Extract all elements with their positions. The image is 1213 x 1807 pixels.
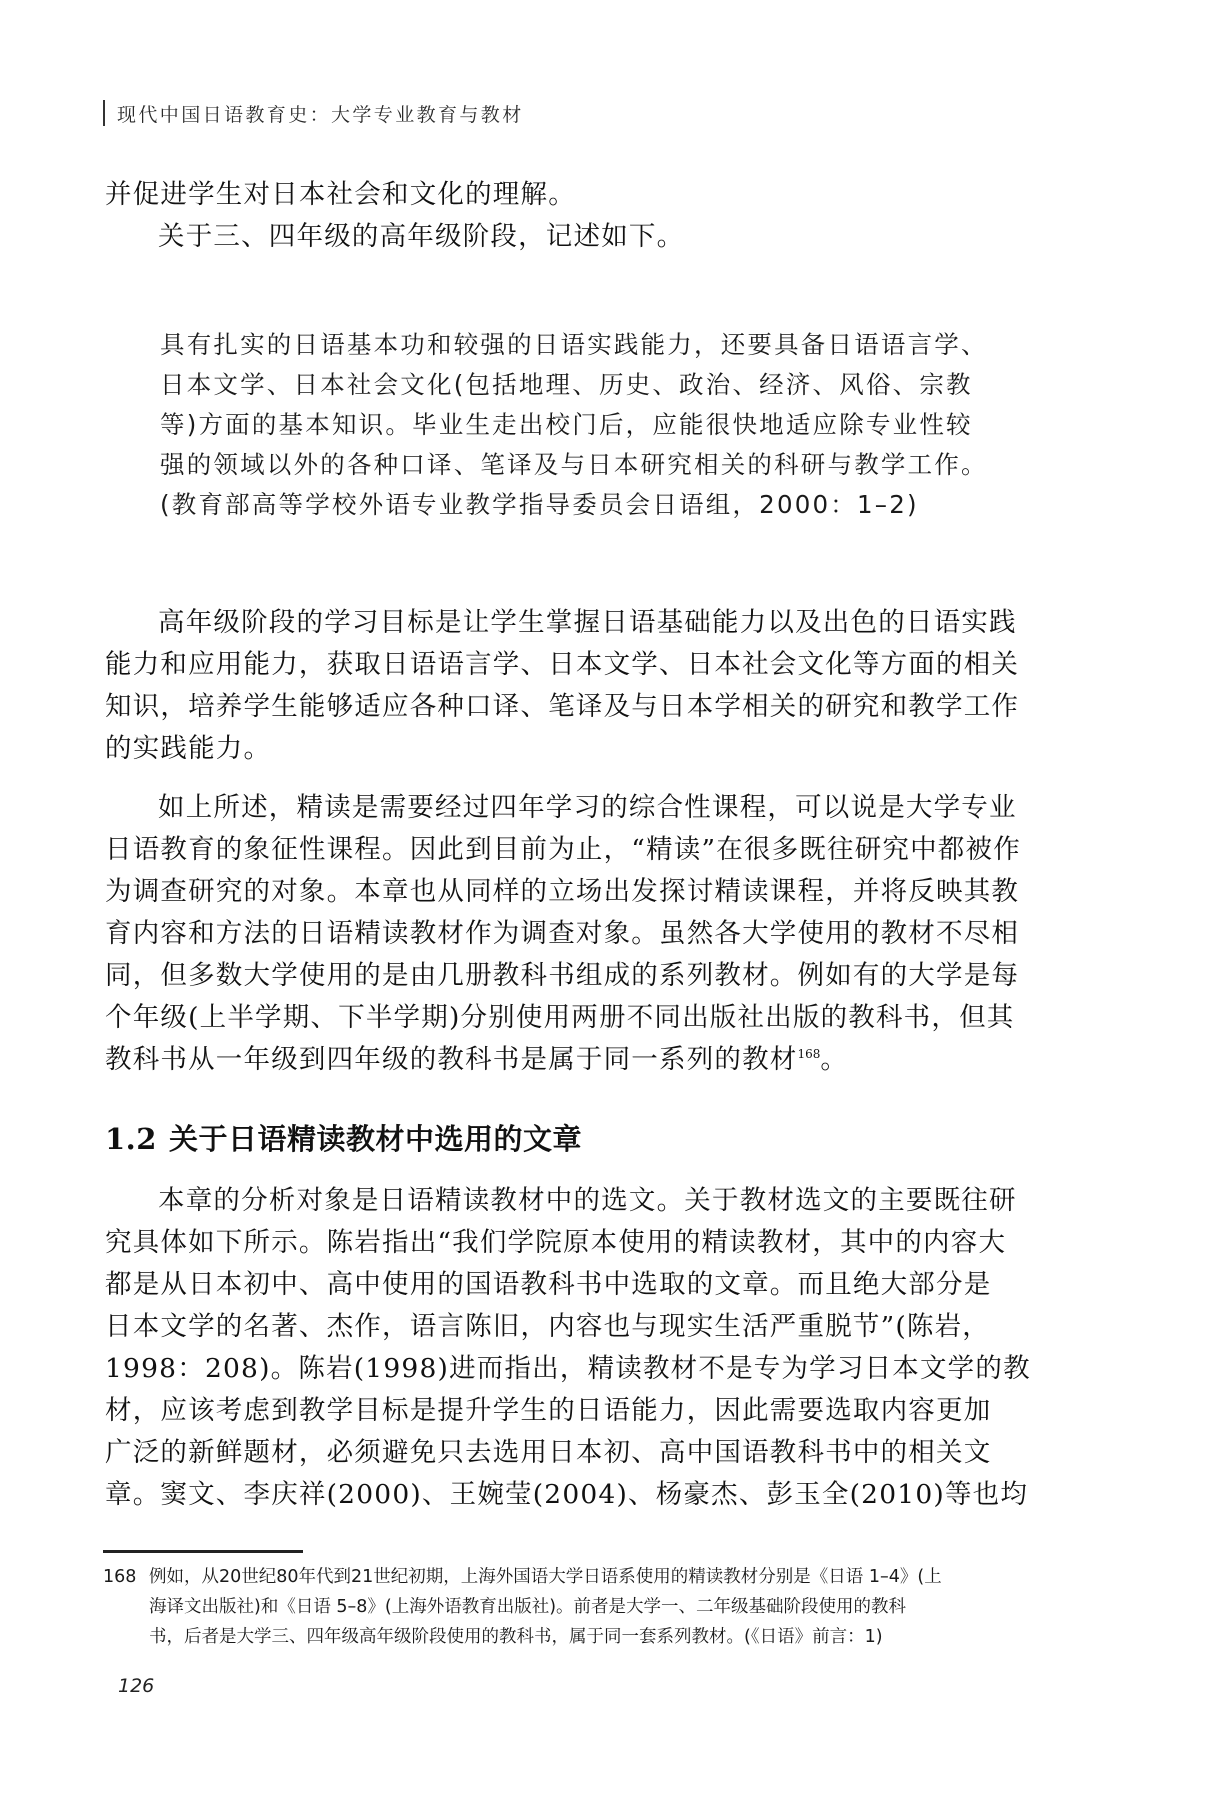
paragraph-intro-quote: 关于三、四年级的高年级阶段，记述如下。 bbox=[105, 216, 1045, 258]
text-line: 如上所述，精读是需要经过四年学习的综合性课程，可以说是大学专业 bbox=[105, 787, 1045, 829]
text-line: 本章的分析对象是日语精读教材中的选文。关于教材选文的主要既往研 bbox=[105, 1180, 1045, 1222]
text-line: 都是从日本初中、高中使用的国语教科书中选取的文章。而且绝大部分是 bbox=[105, 1264, 1045, 1306]
footnote-line: 书，后者是大学三、四年级高年级阶段使用的教科书，属于同一套系列教材。(《日语》前… bbox=[149, 1622, 942, 1652]
paragraph-intensive-reading: 如上所述，精读是需要经过四年学习的综合性课程，可以说是大学专业 日语教育的象征性… bbox=[105, 787, 1045, 1081]
block-quote: 具有扎实的日语基本功和较强的日语实践能力，还要具备日语语言学、 日本文学、日本社… bbox=[160, 325, 1040, 525]
text-line: 为调查研究的对象。本章也从同样的立场出发探讨精读课程，并将反映其教 bbox=[105, 871, 1045, 913]
quote-line: 等)方面的基本知识。毕业生走出校门后，应能很快地适应除专业性较 bbox=[160, 405, 1040, 445]
text-line: 能力和应用能力，获取日语语言学、日本文学、日本社会文化等方面的相关 bbox=[105, 644, 1045, 686]
footnote-reference[interactable]: 168 bbox=[798, 1047, 821, 1061]
paragraph-goals: 高年级阶段的学习目标是让学生掌握日语基础能力以及出色的日语实践 能力和应用能力，… bbox=[105, 602, 1045, 770]
text-line: 究具体如下所示。陈岩指出“我们学院原本使用的精读教材，其中的内容大 bbox=[105, 1222, 1045, 1264]
text-line: 广泛的新鲜题材，必须避免只去选用日本初、高中国语教科书中的相关文 bbox=[105, 1432, 1045, 1474]
quote-line: 日本文学、日本社会文化(包括地理、历史、政治、经济、风俗、宗教 bbox=[160, 365, 1040, 405]
text-line: 同，但多数大学使用的是由几册教科书组成的系列教材。例如有的大学是每 bbox=[105, 955, 1045, 997]
text-line: 教科书从一年级到四年级的教科书是属于同一系列的教材168。 bbox=[105, 1039, 1045, 1081]
section-heading: 1.2关于日语精读教材中选用的文章 bbox=[105, 1117, 582, 1158]
footnote-divider bbox=[103, 1550, 303, 1553]
text-line: 个年级(上半学期、下半学期)分别使用两册不同出版社出版的教科书，但其 bbox=[105, 997, 1045, 1039]
text-line: 知识，培养学生能够适应各种口译、笔译及与日本学相关的研究和教学工作 bbox=[105, 686, 1045, 728]
running-head-title: 现代中国日语教育史：大学专业教育与教材 bbox=[117, 100, 524, 127]
page-number: 126 bbox=[118, 1675, 154, 1697]
text-line-body: 教科书从一年级到四年级的教科书是属于同一系列的教材 bbox=[105, 1044, 798, 1075]
quote-line: 强的领域以外的各种口译、笔译及与日本研究相关的科研与教学工作。 bbox=[160, 445, 1040, 485]
book-page: 现代中国日语教育史：大学专业教育与教材 并促进学生对日本社会和文化的理解。 关于… bbox=[0, 0, 1213, 1807]
running-head-rule bbox=[103, 100, 105, 126]
text-line: 并促进学生对日本社会和文化的理解。 bbox=[105, 174, 1045, 216]
section-title: 关于日语精读教材中选用的文章 bbox=[169, 1122, 582, 1156]
footnote-line: 海译文出版社)和《日语 5–8》(上海外语教育出版社)。前者是大学一、二年级基础… bbox=[149, 1592, 942, 1622]
running-head: 现代中国日语教育史：大学专业教育与教材 bbox=[103, 98, 524, 128]
footnote-number: 168 bbox=[103, 1562, 136, 1592]
text-line: 关于三、四年级的高年级阶段，记述如下。 bbox=[105, 216, 1045, 258]
footnote-body: 例如，从20世纪80年代到21世纪初期，上海外国语大学日语系使用的精读教材分别是… bbox=[149, 1562, 942, 1652]
text-line: 育内容和方法的日语精读教材作为调查对象。虽然各大学使用的教材不尽相 bbox=[105, 913, 1045, 955]
text-line: 高年级阶段的学习目标是让学生掌握日语基础能力以及出色的日语实践 bbox=[105, 602, 1045, 644]
quote-line: 具有扎实的日语基本功和较强的日语实践能力，还要具备日语语言学、 bbox=[160, 325, 1040, 365]
text-line: 日本文学的名著、杰作，语言陈旧，内容也与现实生活严重脱节”(陈岩， bbox=[105, 1306, 1045, 1348]
text-line: 材，应该考虑到教学目标是提升学生的日语能力，因此需要选取内容更加 bbox=[105, 1390, 1045, 1432]
paragraph-continuation: 并促进学生对日本社会和文化的理解。 bbox=[105, 174, 1045, 216]
text-line: 章。窦文、李庆祥(2000)、王婉莹(2004)、杨豪杰、彭玉全(2010)等也… bbox=[105, 1474, 1045, 1516]
text-line: 日语教育的象征性课程。因此到目前为止，“精读”在很多既往研究中都被作 bbox=[105, 829, 1045, 871]
section-number: 1.2 bbox=[105, 1122, 157, 1156]
text-line: 1998：208)。陈岩(1998)进而指出，精读教材不是专为学习日本文学的教 bbox=[105, 1348, 1045, 1390]
footnote-line: 例如，从20世纪80年代到21世纪初期，上海外国语大学日语系使用的精读教材分别是… bbox=[149, 1562, 942, 1592]
text-line-end-punct: 。 bbox=[820, 1044, 848, 1075]
quote-citation: (教育部高等学校外语专业教学指导委员会日语组，2000：1–2) bbox=[160, 485, 1040, 525]
paragraph-prior-research: 本章的分析对象是日语精读教材中的选文。关于教材选文的主要既往研 究具体如下所示。… bbox=[105, 1180, 1045, 1516]
text-line: 的实践能力。 bbox=[105, 728, 1045, 770]
